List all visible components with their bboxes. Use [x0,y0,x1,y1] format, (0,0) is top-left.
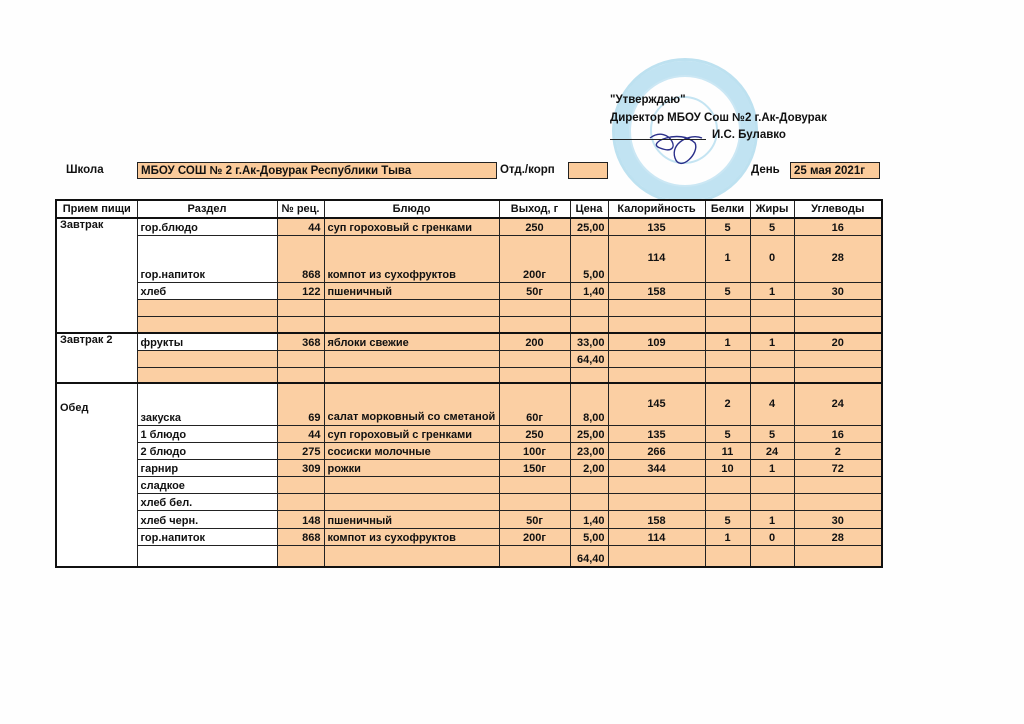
protein-cell[interactable] [705,545,750,567]
signature-line [610,139,706,140]
kcal-cell[interactable] [608,367,705,383]
protein-cell[interactable] [705,493,750,510]
carbs-cell[interactable] [794,299,882,316]
fat-cell[interactable] [750,545,794,567]
carbs-cell[interactable] [794,350,882,367]
carbs-cell[interactable]: 28 [794,235,882,282]
section-cell[interactable] [137,316,277,333]
price-cell[interactable] [570,299,608,316]
section-cell[interactable]: хлеб черн. [137,510,277,528]
protein-cell[interactable] [705,476,750,493]
yield-cell[interactable] [499,476,570,493]
table-row: хлеб черн.148пшеничный50г1,401585130 [56,510,882,528]
fat-cell[interactable]: 5 [750,218,794,235]
section-cell[interactable]: гарнир [137,459,277,476]
kcal-cell[interactable]: 135 [608,218,705,235]
fat-cell[interactable]: 24 [750,442,794,459]
kcal-cell[interactable] [608,350,705,367]
yield-cell[interactable]: 200г [499,235,570,282]
yield-cell[interactable]: 50г [499,510,570,528]
carbs-cell[interactable] [794,545,882,567]
table-row: хлеб бел. [56,493,882,510]
dish-cell[interactable]: пшеничный [324,282,499,299]
fat-cell[interactable]: 4 [750,383,794,425]
price-cell[interactable]: 5,00 [570,235,608,282]
section-cell[interactable] [137,350,277,367]
col-header: Жиры [750,200,794,218]
dish-cell[interactable]: салат морковный со сметаной [324,383,499,425]
kcal-cell[interactable]: 266 [608,442,705,459]
dish-cell[interactable]: компот из сухофруктов [324,528,499,545]
fat-cell[interactable]: 0 [750,235,794,282]
yield-cell[interactable]: 100г [499,442,570,459]
col-header: Калорийность [608,200,705,218]
recipe-cell[interactable]: 275 [277,442,324,459]
protein-cell[interactable]: 1 [705,528,750,545]
yield-cell[interactable] [499,367,570,383]
yield-cell[interactable] [499,493,570,510]
approval-position: Директор МБОУ Сош №2 г.Ак-Довурак [610,112,827,124]
recipe-cell[interactable] [277,316,324,333]
fat-cell[interactable] [750,367,794,383]
yield-cell[interactable]: 250 [499,218,570,235]
table-row: хлеб122пшеничный50г1,401585130 [56,282,882,299]
carbs-cell[interactable]: 2 [794,442,882,459]
carbs-cell[interactable]: 16 [794,218,882,235]
kcal-cell[interactable]: 158 [608,510,705,528]
table-row: гор.напиток868компот из сухофруктов200г5… [56,528,882,545]
section-cell[interactable]: хлеб [137,282,277,299]
recipe-cell[interactable] [277,299,324,316]
fat-cell[interactable]: 1 [750,459,794,476]
price-cell[interactable]: 64,40 [570,545,608,567]
table-row: 64,40 [56,350,882,367]
recipe-cell[interactable]: 44 [277,425,324,442]
dish-cell[interactable] [324,476,499,493]
protein-cell[interactable]: 5 [705,282,750,299]
kcal-cell[interactable] [608,493,705,510]
section-cell[interactable]: сладкое [137,476,277,493]
recipe-cell[interactable] [277,476,324,493]
dish-cell[interactable]: компот из сухофруктов [324,235,499,282]
kcal-cell[interactable]: 145 [608,383,705,425]
fat-cell[interactable] [750,476,794,493]
yield-cell[interactable]: 200г [499,528,570,545]
protein-cell[interactable] [705,316,750,333]
dish-cell[interactable]: суп гороховый с гренками [324,425,499,442]
yield-cell[interactable]: 150г [499,459,570,476]
price-cell[interactable]: 1,40 [570,282,608,299]
approval-title: "Утверждаю" [610,94,686,106]
fat-cell[interactable]: 1 [750,333,794,350]
yield-cell[interactable]: 50г [499,282,570,299]
kcal-cell[interactable]: 344 [608,459,705,476]
recipe-cell[interactable] [277,545,324,567]
recipe-cell[interactable]: 44 [277,218,324,235]
carbs-cell[interactable]: 16 [794,425,882,442]
kcal-cell[interactable] [608,476,705,493]
dish-cell[interactable] [324,350,499,367]
table-row [56,299,882,316]
section-cell[interactable]: хлеб бел. [137,493,277,510]
dish-cell[interactable] [324,545,499,567]
price-cell[interactable] [570,476,608,493]
section-cell[interactable]: гор.напиток [137,235,277,282]
recipe-cell[interactable] [277,367,324,383]
menu-document: "Утверждаю" Директор МБОУ Сош №2 г.Ак-До… [0,0,1024,724]
price-cell[interactable]: 33,00 [570,333,608,350]
dish-cell[interactable]: яблоки свежие [324,333,499,350]
protein-cell[interactable]: 1 [705,235,750,282]
carbs-cell[interactable]: 20 [794,333,882,350]
price-cell[interactable]: 23,00 [570,442,608,459]
col-header: Прием пищи [56,200,137,218]
dish-cell[interactable] [324,299,499,316]
dish-cell[interactable] [324,367,499,383]
protein-cell[interactable]: 5 [705,425,750,442]
signature-icon [640,118,710,178]
dish-cell[interactable]: сосиски молочные [324,442,499,459]
protein-cell[interactable] [705,367,750,383]
yield-cell[interactable]: 250 [499,425,570,442]
carbs-cell[interactable] [794,493,882,510]
recipe-cell[interactable]: 868 [277,235,324,282]
recipe-cell[interactable]: 69 [277,383,324,425]
kcal-cell[interactable]: 114 [608,528,705,545]
col-header: Белки [705,200,750,218]
recipe-cell[interactable]: 868 [277,528,324,545]
recipe-cell[interactable]: 309 [277,459,324,476]
section-cell[interactable] [137,545,277,567]
col-header: Раздел [137,200,277,218]
table-header-row: Прием пищи Раздел № рец. Блюдо Выход, г … [56,200,882,218]
section-cell[interactable] [137,367,277,383]
price-cell[interactable]: 2,00 [570,459,608,476]
protein-cell[interactable] [705,299,750,316]
dept-label: Отд./корп [500,164,555,176]
day-label: День [751,164,780,176]
col-header: Выход, г [499,200,570,218]
dish-cell[interactable]: рожки [324,459,499,476]
fat-cell[interactable] [750,493,794,510]
yield-cell[interactable]: 200 [499,333,570,350]
fat-cell[interactable]: 1 [750,510,794,528]
protein-cell[interactable]: 5 [705,218,750,235]
yield-cell[interactable] [499,350,570,367]
kcal-cell[interactable]: 114 [608,235,705,282]
price-cell[interactable]: 25,00 [570,218,608,235]
price-cell[interactable] [570,367,608,383]
table-row: 2 блюдо275сосиски молочные100г23,0026611… [56,442,882,459]
meal-name-cell: Завтрак 2 [56,333,137,383]
fat-cell[interactable]: 1 [750,282,794,299]
col-header: Цена [570,200,608,218]
protein-cell[interactable]: 1 [705,333,750,350]
dish-cell[interactable]: пшеничный [324,510,499,528]
dish-cell[interactable] [324,316,499,333]
kcal-cell[interactable] [608,316,705,333]
kcal-cell[interactable]: 109 [608,333,705,350]
col-header: № рец. [277,200,324,218]
carbs-cell[interactable]: 72 [794,459,882,476]
section-cell[interactable]: закуска [137,383,277,425]
yield-cell[interactable] [499,316,570,333]
table-row: Обедзакуска69салат морковный со сметаной… [56,383,882,425]
recipe-cell[interactable] [277,350,324,367]
fat-cell[interactable] [750,316,794,333]
kcal-cell[interactable]: 135 [608,425,705,442]
recipe-cell[interactable]: 368 [277,333,324,350]
carbs-cell[interactable] [794,316,882,333]
price-cell[interactable]: 1,40 [570,510,608,528]
carbs-cell[interactable]: 24 [794,383,882,425]
meal-name-cell: Обед [56,383,137,567]
price-cell[interactable] [570,316,608,333]
section-cell[interactable] [137,299,277,316]
recipe-cell[interactable]: 148 [277,510,324,528]
protein-cell[interactable] [705,350,750,367]
carbs-cell[interactable]: 30 [794,510,882,528]
section-cell[interactable]: 2 блюдо [137,442,277,459]
approval-name: И.С. Булавко [712,129,786,141]
yield-cell[interactable] [499,299,570,316]
carbs-cell[interactable] [794,476,882,493]
table-row: 1 блюдо44суп гороховый с гренками25025,0… [56,425,882,442]
section-cell[interactable]: гор.блюдо [137,218,277,235]
table-row [56,316,882,333]
menu-table: Прием пищи Раздел № рец. Блюдо Выход, г … [55,199,883,568]
kcal-cell[interactable]: 158 [608,282,705,299]
dept-field[interactable] [568,162,608,179]
recipe-cell[interactable] [277,493,324,510]
dish-cell[interactable] [324,493,499,510]
school-field[interactable]: МБОУ СОШ № 2 г.Ак-Довурак Республики Тыв… [137,162,497,179]
yield-cell[interactable]: 60г [499,383,570,425]
protein-cell[interactable]: 5 [705,510,750,528]
table-row: 64,40 [56,545,882,567]
carbs-cell[interactable]: 30 [794,282,882,299]
price-cell[interactable] [570,493,608,510]
recipe-cell[interactable]: 122 [277,282,324,299]
price-cell[interactable]: 64,40 [570,350,608,367]
dish-cell[interactable]: суп гороховый с гренками [324,218,499,235]
fat-cell[interactable]: 5 [750,425,794,442]
school-label: Школа [66,164,104,176]
kcal-cell[interactable] [608,545,705,567]
col-header: Углеводы [794,200,882,218]
table-row: сладкое [56,476,882,493]
fat-cell[interactable] [750,350,794,367]
price-cell[interactable]: 25,00 [570,425,608,442]
fat-cell[interactable] [750,299,794,316]
table-row: Завтрак 2фрукты368яблоки свежие20033,001… [56,333,882,350]
protein-cell[interactable]: 11 [705,442,750,459]
day-field[interactable]: 25 мая 2021г [790,162,880,179]
table-row: гор.напиток868компот из сухофруктов200г5… [56,235,882,282]
carbs-cell[interactable] [794,367,882,383]
fat-cell[interactable]: 0 [750,528,794,545]
section-cell[interactable]: 1 блюдо [137,425,277,442]
price-cell[interactable]: 5,00 [570,528,608,545]
carbs-cell[interactable]: 28 [794,528,882,545]
section-cell[interactable]: гор.напиток [137,528,277,545]
protein-cell[interactable]: 2 [705,383,750,425]
table-row [56,367,882,383]
col-header: Блюдо [324,200,499,218]
section-cell[interactable]: фрукты [137,333,277,350]
table-row: Завтракгор.блюдо44суп гороховый с гренка… [56,218,882,235]
yield-cell[interactable] [499,545,570,567]
kcal-cell[interactable] [608,299,705,316]
protein-cell[interactable]: 10 [705,459,750,476]
table-row: гарнир309рожки150г2,0034410172 [56,459,882,476]
meal-name-cell: Завтрак [56,218,137,333]
price-cell[interactable]: 8,00 [570,383,608,425]
